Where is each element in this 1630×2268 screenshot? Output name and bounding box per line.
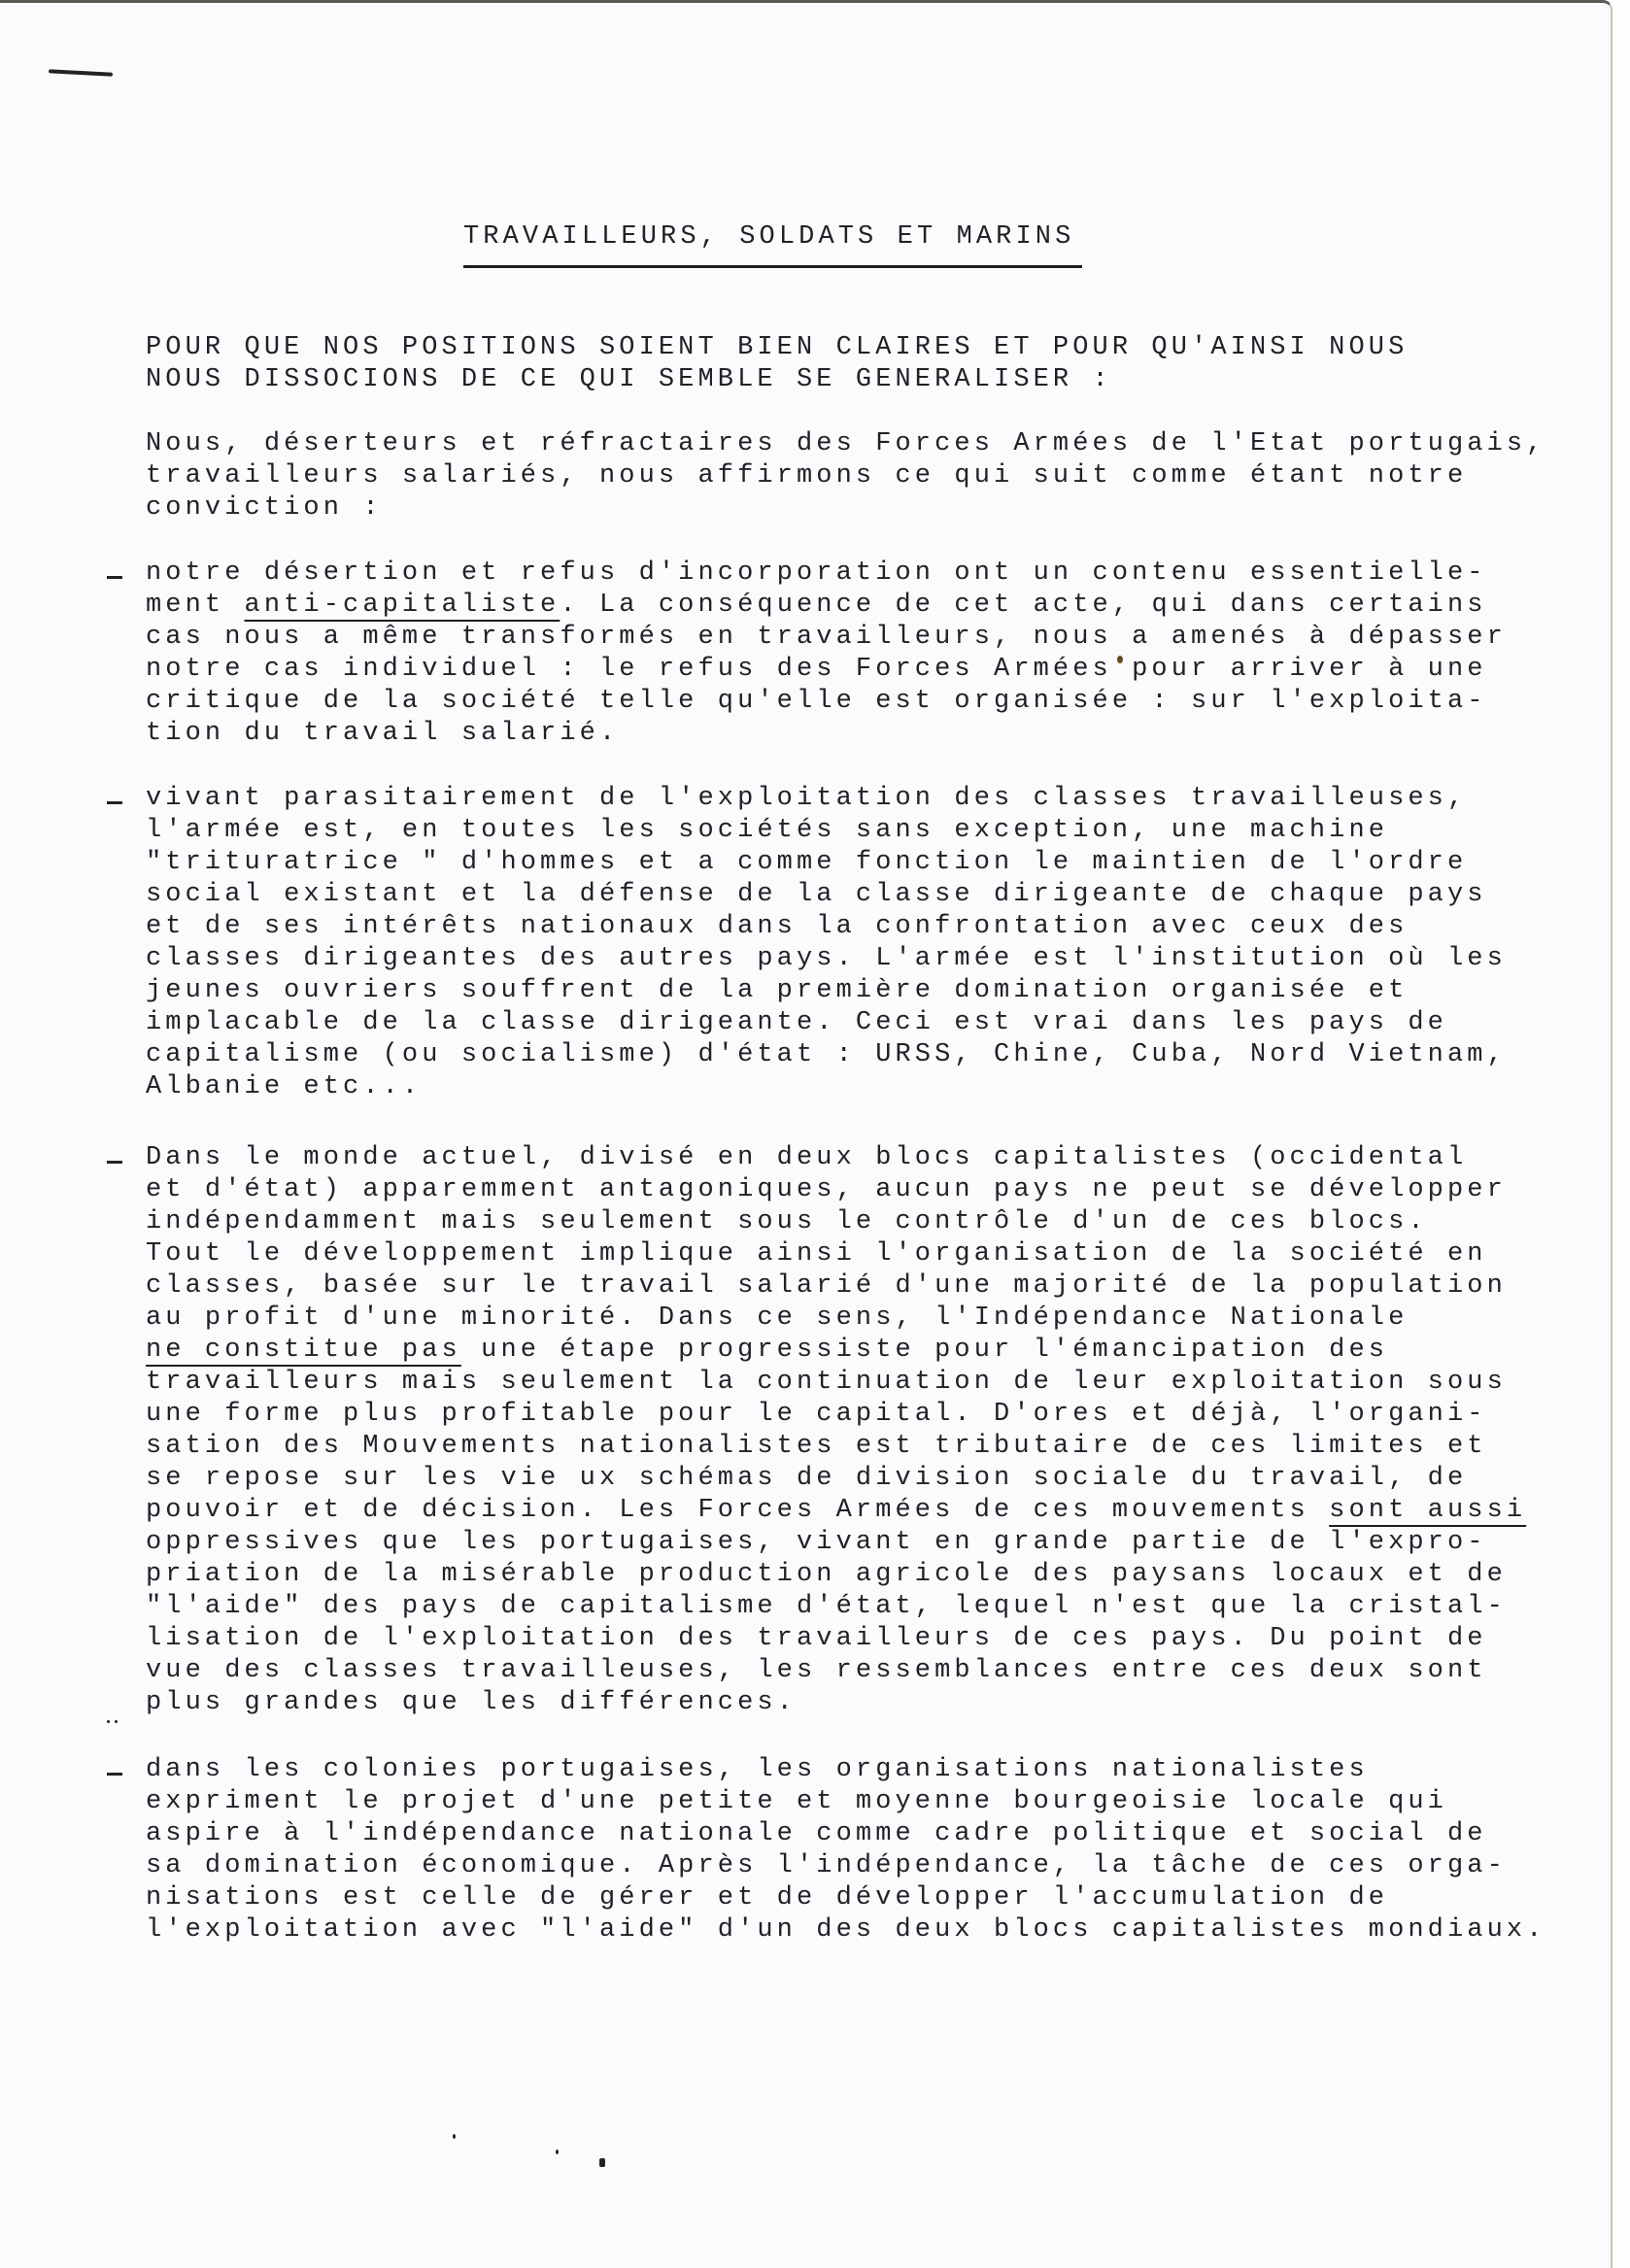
bullet-line: dans les colonies portugaises, les organ… xyxy=(146,1754,1369,1786)
bullet-line: travailleurs mais seulement la continuat… xyxy=(146,1367,1507,1399)
bullet-line: et d'état) apparemment antagoniques, auc… xyxy=(146,1174,1507,1206)
bullet-line: "l'aide" des pays de capitalisme d'état,… xyxy=(146,1591,1507,1623)
title-underline xyxy=(463,265,1082,268)
bullet-line: implacable de la classe dirigeante. Ceci… xyxy=(146,1007,1447,1039)
bullet-dash-icon xyxy=(107,576,122,579)
bullet-line: sation des Mouvements nationalistes est … xyxy=(146,1431,1487,1463)
bullet-line: capitalisme (ou socialisme) d'état : URS… xyxy=(146,1039,1507,1071)
bullet-line: se repose sur les vie ux schémas de divi… xyxy=(146,1463,1467,1495)
bullet-line: social existant et la défense de la clas… xyxy=(146,879,1487,911)
ink-speck xyxy=(556,2150,559,2154)
statement-line: conviction : xyxy=(146,492,383,525)
bullet-line: une forme plus profitable pour le capita… xyxy=(146,1399,1487,1431)
ink-speck xyxy=(1117,656,1123,663)
bullet-line: priation de la misérable production agri… xyxy=(146,1559,1507,1591)
bullet-line: l'armée est, en toutes les sociétés sans… xyxy=(146,815,1388,847)
bullet-line: classes, basée sur le travail salarié d'… xyxy=(146,1270,1507,1303)
bullet-line: oppressives que les portugaises, vivant … xyxy=(146,1527,1487,1559)
bullet-line: cas nous a même transformés en travaille… xyxy=(146,622,1507,654)
bullet-line: l'exploitation avec "l'aide" d'un des de… xyxy=(146,1914,1546,1946)
bullet-dash-icon xyxy=(107,1161,122,1164)
underlined-phrase: anti-capitaliste xyxy=(245,591,560,620)
ink-speck xyxy=(107,1720,110,1723)
statement-line: Nous, déserteurs et réfractaires des For… xyxy=(146,428,1546,460)
intro-line: POUR QUE NOS POSITIONS SOIENT BIEN CLAIR… xyxy=(146,332,1408,364)
bullet-line: lisation de l'exploitation des travaille… xyxy=(146,1623,1487,1655)
typewritten-page: TRAVAILLEURS, SOLDATS ET MARINS POUR QUE… xyxy=(0,0,1613,2268)
page-title: TRAVAILLEURS, SOLDATS ET MARINS xyxy=(463,221,1074,254)
bullet-line: expriment le projet d'une petite et moye… xyxy=(146,1786,1447,1818)
bullet-line: ment anti-capitaliste. La conséquence de… xyxy=(146,590,1487,622)
bullet-line: Albanie etc... xyxy=(146,1071,422,1103)
bullet-dash-icon xyxy=(107,801,122,804)
bullet-line: jeunes ouvriers souffrent de la première… xyxy=(146,975,1408,1007)
scan-margin xyxy=(1613,0,1630,2268)
bullet-line: et de ses intérêts nationaux dans la con… xyxy=(146,911,1408,943)
statement-line: travailleurs salariés, nous affirmons ce… xyxy=(146,460,1467,492)
bullet-line: vue des classes travailleuses, les resse… xyxy=(146,1655,1487,1687)
bullet-line: tion du travail salarié. xyxy=(146,718,619,750)
bullet-line: critique de la société telle qu'elle est… xyxy=(146,686,1487,718)
intro-line: NOUS DISSOCIONS DE CE QUI SEMBLE SE GENE… xyxy=(146,364,1112,396)
bullet-line: indépendamment mais seulement sous le co… xyxy=(146,1206,1428,1238)
ink-speck xyxy=(599,2158,605,2167)
ink-speck xyxy=(115,1720,118,1723)
bullet-line: notre désertion et refus d'incorporation… xyxy=(146,558,1487,590)
underlined-phrase: sont aussi xyxy=(1329,1496,1526,1525)
bullet-line: aspire à l'indépendance nationale comme … xyxy=(146,1818,1487,1850)
bullet-line: Tout le développement implique ainsi l'o… xyxy=(146,1238,1487,1270)
bullet-line: "trituratrice " d'hommes et a comme fonc… xyxy=(146,847,1467,879)
underlined-phrase: ne constitue pas xyxy=(146,1336,461,1365)
bullet-line: au profit d'une minorité. Dans ce sens, … xyxy=(146,1303,1408,1335)
bullet-dash-icon xyxy=(107,1773,122,1776)
bullet-line: nisations est celle de gérer et de dével… xyxy=(146,1882,1388,1914)
ink-speck xyxy=(453,2134,456,2139)
bullet-line: Dans le monde actuel, divisé en deux blo… xyxy=(146,1142,1467,1174)
bullet-line: plus grandes que les différences. xyxy=(146,1687,797,1719)
bullet-line: notre cas individuel : le refus des Forc… xyxy=(146,654,1487,686)
bullet-line: classes dirigeantes des autres pays. L'a… xyxy=(146,943,1507,975)
bullet-line: ne constitue pas une étape progressiste … xyxy=(146,1335,1388,1367)
bullet-line: sa domination économique. Après l'indépe… xyxy=(146,1850,1507,1882)
corner-dash-mark xyxy=(49,69,113,76)
bullet-line: vivant parasitairement de l'exploitation… xyxy=(146,783,1467,815)
bullet-line: pouvoir et de décision. Les Forces Armée… xyxy=(146,1495,1526,1527)
